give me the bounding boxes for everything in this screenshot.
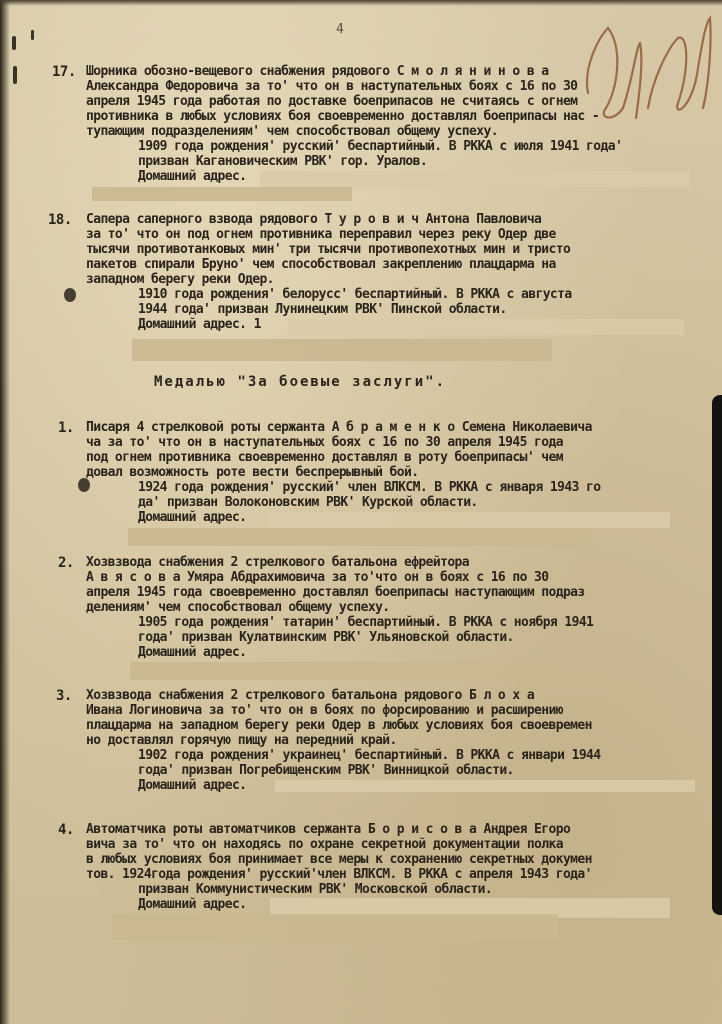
document-page: 4 17.Шорника обозно-вещевого снабжения р… xyxy=(0,0,722,1024)
entry-text-line: призван Кагановическим РВК' гор. Уралов. xyxy=(138,154,427,169)
entry-text-line: плацдарма на западном берегу реки Одер в… xyxy=(86,718,592,733)
home-address-label: Домашний адрес. xyxy=(138,778,246,793)
redacted-address xyxy=(260,171,690,187)
redacted-address xyxy=(112,914,558,940)
entry-text-line: Хозвзвода снабжения 2 стрелкового баталь… xyxy=(86,688,534,703)
home-address-label: Домашний адрес. xyxy=(138,645,246,660)
entry-text-line: Сапера саперного взвода рядового Т у р о… xyxy=(86,212,541,227)
entry-number: 17. xyxy=(52,64,76,80)
entry-text-line: делениям' чем способствовал общему успех… xyxy=(86,600,390,615)
entry-text-line: да' призван Волоконовским РВК' Курской о… xyxy=(138,495,478,510)
entry-text-line: в любых условиях боя принимает все меры … xyxy=(86,852,592,867)
ink-blot xyxy=(78,478,90,492)
section-heading: Медалью "За боевые заслуги". xyxy=(154,374,446,390)
entry-number: 4. xyxy=(58,822,74,838)
home-address-label: Домашний адрес. 1 xyxy=(138,317,261,332)
entry-text-line: 1924 года рождения' русский' член ВЛКСМ.… xyxy=(138,480,601,495)
entry-number: 18. xyxy=(48,212,72,228)
home-address-label: Домашний адрес. xyxy=(138,897,246,912)
entry-text-line: противника в любых условиях боя своеврем… xyxy=(86,109,599,124)
entry-text-line: за то' что он под огнем противника переп… xyxy=(86,227,556,242)
redacted-address xyxy=(92,187,352,201)
entry-number: 2. xyxy=(58,555,74,571)
redacted-address xyxy=(132,339,552,361)
entry-text-line: Александра Федоровича за то' что он в на… xyxy=(86,79,577,94)
home-address-label: Домашний адрес. xyxy=(138,169,246,184)
entry-text-line: Ивана Логиновича за то' что он в боях по… xyxy=(86,703,563,718)
entry-text-line: А в я с о в а Умяра Абдрахимовича за то'… xyxy=(86,570,549,585)
entry-text-line: призван Коммунистическим РВК' Московской… xyxy=(138,882,492,897)
entry-text-line: но доставлял горячую пищу на передний кр… xyxy=(86,733,397,748)
binding-hole-mark xyxy=(13,66,17,84)
redacted-address xyxy=(270,512,670,528)
entry-text-line: вича за то' что он находясь по охране се… xyxy=(86,837,563,852)
entry-text-line: 1905 года рождения' татарин' беспартийны… xyxy=(138,615,593,630)
entry-text-line: 1902 года рождения' украинец' беспартийн… xyxy=(138,748,601,763)
entry-text-line: 1909 года рождения' русский' беспартийны… xyxy=(138,139,622,154)
entry-text-line: пакетов спирали Бруно' чем способствовал… xyxy=(86,257,556,272)
entry-text-line: довал возможность роте вести беспрерывны… xyxy=(86,465,418,480)
entry-number: 1. xyxy=(58,420,74,436)
page-right-shadow xyxy=(712,395,722,915)
entry-text-line: апреля 1945 года своевременно доставлял … xyxy=(86,585,585,600)
entry-number: 3. xyxy=(56,688,72,704)
page-left-edge xyxy=(0,0,10,1024)
page-number: 4 xyxy=(336,22,344,37)
entry-text-line: тупающим подразделениям' чем способствов… xyxy=(86,124,498,139)
entry-text-line: Шорника обозно-вещевого снабжения рядово… xyxy=(86,64,549,79)
entry-text-line: под огнем противника своевременно достав… xyxy=(86,450,563,465)
entry-text-line: года' призван Погребищенским РВК' Винниц… xyxy=(138,763,514,778)
binding-hole-mark xyxy=(12,36,16,50)
redacted-address xyxy=(128,528,588,546)
entry-text-line: тысячи противотанковых мин' три тысячи п… xyxy=(86,242,570,257)
home-address-label: Домашний адрес. xyxy=(138,510,246,525)
binding-hole-mark xyxy=(31,30,34,40)
entry-text-line: тов. 1924года рождения' русский'член ВЛК… xyxy=(86,867,592,882)
entry-text-line: Автоматчика роты автоматчиков сержанта Б… xyxy=(86,822,570,837)
ink-blot xyxy=(64,288,76,302)
entry-text-line: Писаря 4 стрелковой роты сержанта А б р … xyxy=(86,420,592,435)
redacted-address xyxy=(275,780,695,792)
entry-text-line: 1910 года рождения' белорусс' беспартийн… xyxy=(138,287,572,302)
entry-text-line: западном берегу реки Одер. xyxy=(86,272,274,287)
page-top-edge xyxy=(0,0,722,6)
redacted-address xyxy=(130,662,550,680)
entry-text-line: апреля 1945 года работая по доставке бое… xyxy=(86,94,577,109)
entry-text-line: года' призван Кулатвинским РВК' Ульяновс… xyxy=(138,630,514,645)
entry-text-line: ча за то' что он в наступательных боях с… xyxy=(86,435,563,450)
entry-text-line: 1944 года' призван Лунинецким РВК' Пинск… xyxy=(138,302,507,317)
entry-text-line: Хозвзвода снабжения 2 стрелкового баталь… xyxy=(86,555,469,570)
redacted-address xyxy=(288,319,684,335)
